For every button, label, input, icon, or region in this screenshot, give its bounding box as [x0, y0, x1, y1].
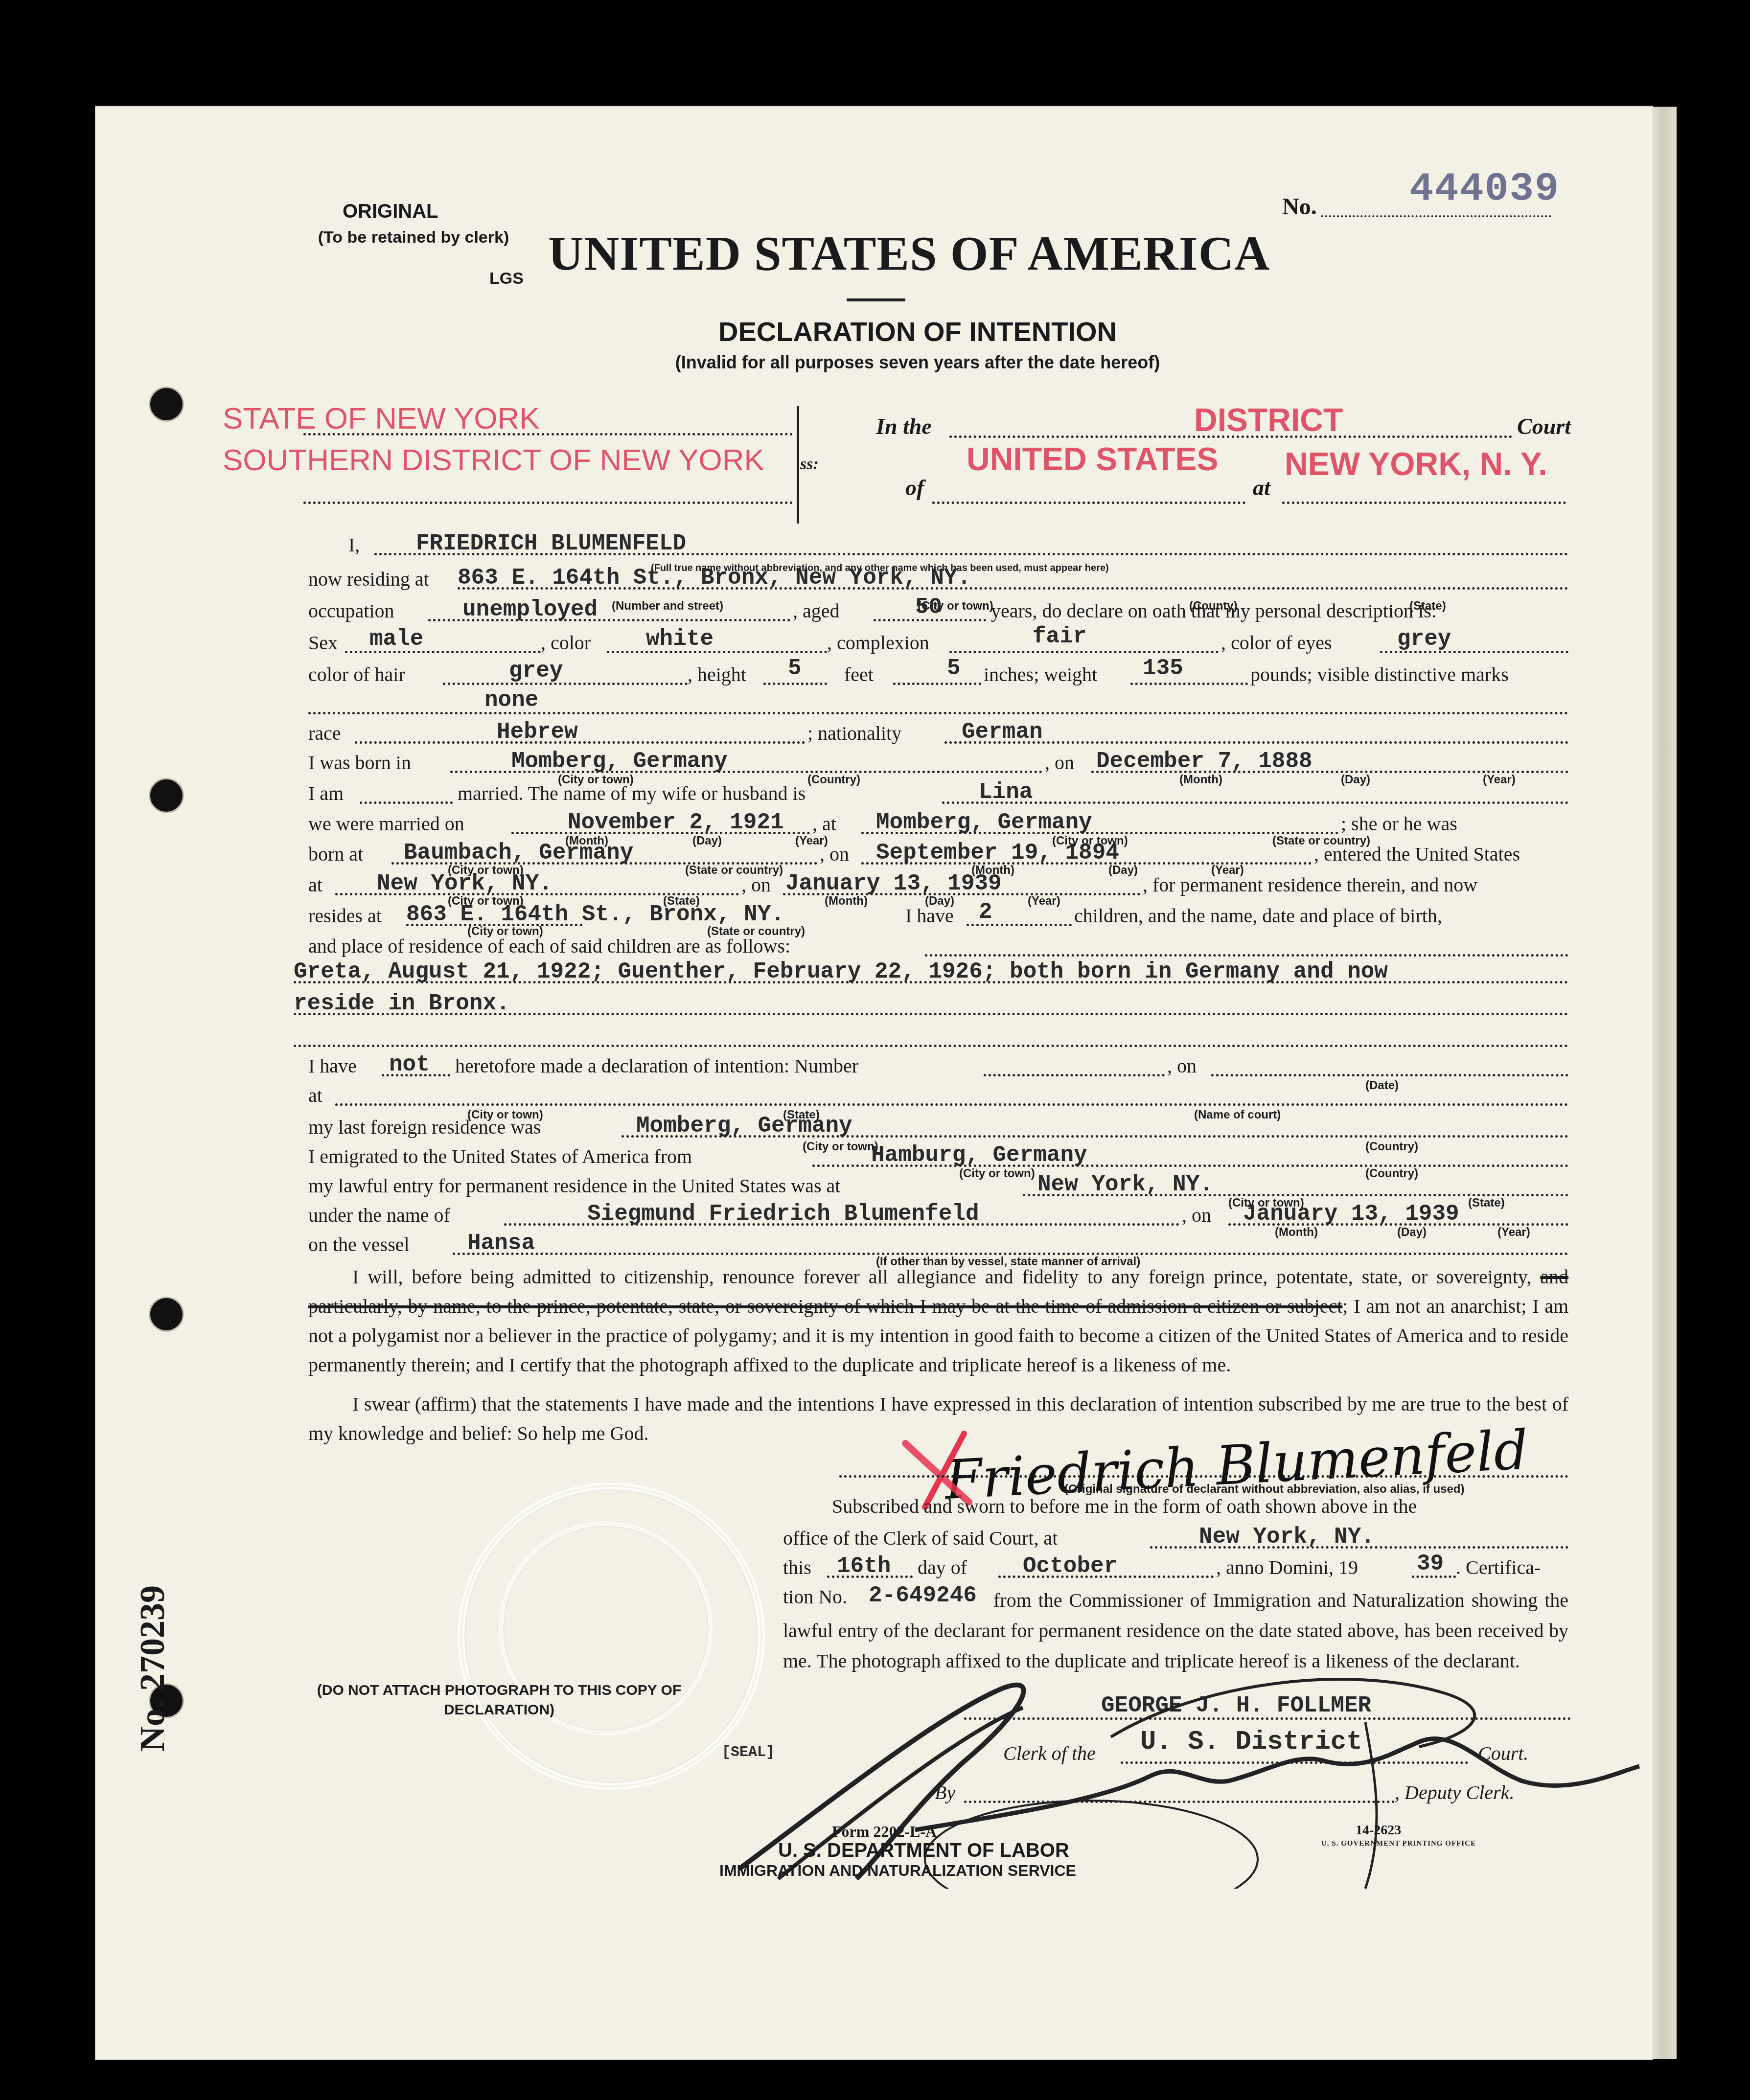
entry-on-label: , on — [1182, 1204, 1211, 1227]
district-stamp: SOUTHERN DISTRICT OF NEW YORK — [223, 443, 764, 478]
entered-label: , entered the United States — [1314, 843, 1520, 866]
jurat-line-1: Subscribed and sworn to before me in the… — [832, 1495, 1417, 1518]
retain-note: (To be retained by clerk) — [313, 228, 514, 247]
caption-prior-date: (Date) — [1365, 1079, 1399, 1093]
feet-label: feet — [844, 663, 874, 686]
occupation-value: unemployed — [462, 597, 598, 622]
punch-hole-2 — [149, 778, 184, 813]
inches-line — [893, 683, 981, 685]
ss-bracket — [797, 406, 799, 524]
entry-name-value: Siegmund Friedrich Blumenfeld — [587, 1201, 979, 1227]
at-stamp: NEW YORK, N. Y. — [1285, 445, 1547, 482]
ss-label: ss: — [800, 455, 819, 474]
number-line — [1321, 215, 1551, 217]
punch-hole-3 — [149, 1297, 184, 1332]
signature-caption: (Original signature of declarant without… — [1064, 1483, 1464, 1496]
born-label: I was born in — [308, 751, 411, 774]
caption-entry-month: (Month) — [825, 894, 868, 908]
complexion-line — [949, 651, 1219, 653]
at-label: at — [1253, 475, 1270, 501]
resides-label: resides at — [308, 904, 382, 927]
last-residence-value: Momberg, Germany — [636, 1113, 852, 1139]
state-stamp: STATE OF NEW YORK — [223, 401, 540, 436]
month-value: October — [1023, 1553, 1117, 1579]
print-code: 14-2623 — [1356, 1823, 1401, 1838]
caption-under-state: (State) — [1468, 1196, 1505, 1210]
spouse-entry-date: January 13, 1939 — [785, 871, 1002, 896]
office-place-value: New York, NY. — [1199, 1524, 1375, 1550]
spouse-name: Lina — [979, 779, 1033, 805]
caption-spouse-day: (Day) — [1108, 864, 1138, 877]
prior-have-label: I have — [308, 1054, 357, 1077]
caption-number-street: (Number and street) — [612, 599, 723, 613]
title-rule — [847, 298, 905, 301]
validity-note: (Invalid for all purposes seven years af… — [587, 352, 1248, 373]
day-value: 16th — [837, 1553, 891, 1579]
spouse-birthdate: September 19, 1894 — [876, 840, 1119, 866]
photo-note: (DO NOT ATTACH PHOTOGRAPH TO THIS COPY O… — [313, 1681, 685, 1720]
prior-date-line — [1211, 1074, 1568, 1076]
aged-label: , aged — [793, 599, 840, 622]
service-name: IMMIGRATION AND NATURALIZATION SERVICE — [719, 1862, 1076, 1880]
children-details-1: Greta, August 21, 1922; Guenther, Februa… — [294, 959, 1388, 984]
caption-emigrated-city: (City or town) — [803, 1140, 878, 1154]
state-line — [303, 433, 793, 435]
serial-number: No. 270239 — [132, 1585, 173, 1752]
spouse-entry-place: New York, NY. — [377, 871, 553, 896]
complexion-label: , complexion — [827, 631, 929, 654]
feet-line — [763, 683, 827, 685]
spouse-born-label: born at — [308, 843, 363, 866]
children-count: 2 — [979, 899, 992, 925]
prior-at-label: at — [308, 1084, 322, 1107]
under-name-label: under the name of — [308, 1204, 450, 1227]
caption-prior-court: (Name of court) — [1194, 1108, 1281, 1122]
punch-hole-1 — [149, 387, 184, 422]
emigrated-label: I emigrated to the United States of Amer… — [308, 1145, 692, 1168]
i-label: I, — [348, 533, 360, 556]
lawful-entry-label: my lawful entry for permanent residence … — [308, 1174, 840, 1197]
anno-label: , anno Domini, 19 — [1216, 1556, 1358, 1579]
children-label: children, and the name, date and place o… — [1074, 904, 1442, 927]
prior-at-line — [335, 1103, 1568, 1106]
court-stamp: DISTRICT — [1194, 401, 1343, 438]
occupation-label: occupation — [308, 599, 394, 622]
prior-not-value: not — [389, 1052, 430, 1077]
entry-on-label: , on — [741, 873, 771, 896]
inches-label: inches; weight — [984, 663, 1097, 686]
day-of-label: day of — [918, 1556, 967, 1579]
sex-label: Sex — [308, 631, 338, 654]
of-line — [932, 502, 1245, 504]
serial-prefix: No. — [133, 1700, 172, 1752]
document-title: UNITED STATES OF AMERICA — [548, 225, 1270, 281]
nationality-label: ; nationality — [807, 722, 901, 745]
vessel-label: on the vessel — [308, 1233, 410, 1256]
married-label: married. The name of my wife or husband … — [458, 782, 806, 805]
prior-on-label: , on — [1167, 1054, 1197, 1077]
caption-emigrated-country: (Country) — [1365, 1140, 1418, 1154]
at-line — [1282, 502, 1566, 504]
entry-date-value: January 13, 1939 — [1243, 1201, 1459, 1227]
marriage-place: Momberg, Germany — [876, 810, 1092, 835]
signature-line — [839, 1475, 1568, 1478]
am-label: I am — [308, 782, 344, 805]
birthplace-value: Momberg, Germany — [511, 749, 728, 774]
form-subtitle: DECLARATION OF INTENTION — [636, 316, 1199, 347]
eyes-value: grey — [1397, 626, 1451, 652]
clerk-initials: LGS — [489, 269, 524, 288]
height-inches: 5 — [947, 656, 961, 681]
caption-entry-date-year: (Year) — [1497, 1226, 1530, 1239]
sex-value: male — [369, 626, 423, 652]
of-stamp: UNITED STATES — [967, 440, 1219, 478]
number-label: No. — [1282, 193, 1317, 220]
age-value: 50 — [915, 594, 942, 620]
declarant-name: FRIEDRICH BLUMENFELD — [416, 531, 686, 556]
born-on-label: , on — [1045, 751, 1074, 774]
caption-entry-date-day: (Day) — [1397, 1226, 1427, 1239]
married-status-line — [360, 801, 453, 804]
this-label: this — [783, 1556, 811, 1579]
spouse-born-on-label: , on — [820, 843, 849, 866]
eyes-label: , color of eyes — [1221, 631, 1332, 654]
caption-entry-date-month: (Month) — [1275, 1226, 1318, 1239]
hair-label: color of hair — [308, 663, 405, 686]
office-label: office of the Clerk of said Court, at — [783, 1527, 1058, 1550]
form-number: Form 2202-L-A — [832, 1823, 937, 1841]
have-label: I have — [905, 904, 954, 927]
race-label: race — [308, 722, 341, 745]
oath-paragraph-1: I will, before being admitted to citizen… — [308, 1262, 1568, 1380]
emigrated-from-value: Hamburg, Germany — [871, 1142, 1087, 1168]
original-label: ORIGINAL — [343, 201, 438, 223]
race-value: Hebrew — [497, 719, 578, 745]
serial-value: 270239 — [133, 1585, 172, 1691]
caption-birth-country: (Country) — [807, 773, 860, 787]
certifica-label: . Certifica- — [1456, 1556, 1541, 1579]
entry-at-label: at — [308, 873, 322, 896]
in-the-label: In the — [876, 413, 932, 439]
vessel-value: Hansa — [467, 1231, 535, 1256]
weight-value: 135 — [1143, 656, 1183, 681]
caption-entry-place-city: (City or town) — [959, 1167, 1035, 1181]
caption-birth-day: (Day) — [1341, 773, 1370, 787]
weight-line — [1130, 683, 1248, 685]
marriage-date: November 2, 1921 — [568, 810, 784, 835]
caption-birth-year: (Year) — [1483, 773, 1516, 787]
color-label: , color — [541, 631, 591, 654]
height-feet: 5 — [788, 656, 802, 681]
caption-marriage-day: (Day) — [692, 834, 722, 848]
caption-entry-year: (Year) — [1028, 894, 1060, 908]
printer-imprint: U. S. GOVERNMENT PRINTING OFFICE — [1321, 1840, 1476, 1848]
married-on-label: we were married on — [308, 812, 464, 835]
spouse-birthplace: Baumbach, Germany — [404, 840, 633, 866]
she-or-he-label: ; she or he was — [1341, 812, 1457, 835]
prior-number-line — [984, 1074, 1165, 1076]
children-details-2: reside in Bronx. — [294, 991, 510, 1016]
children-line-3 — [294, 1045, 1568, 1047]
years-label: years, do declare on oath that my person… — [991, 599, 1437, 622]
last-residence-label: my last foreign residence was — [308, 1116, 541, 1139]
of-label: of — [905, 475, 924, 501]
entry-place-value: New York, NY. — [1037, 1172, 1213, 1197]
spouse-residence: 863 E. 164th St., Bronx, NY. — [406, 902, 784, 927]
oath-renounce-text: I will, before being admitted to citizen… — [352, 1266, 1531, 1288]
nationality-value: German — [962, 719, 1043, 745]
birthdate-value: December 7, 1888 — [1096, 749, 1312, 774]
declaration-number: 444039 — [1409, 166, 1560, 212]
department-name: U. S. DEPARTMENT OF LABOR — [778, 1840, 1069, 1862]
color-line — [607, 651, 827, 653]
heretofore-label: heretofore made a declaration of intenti… — [455, 1054, 858, 1077]
court-label: Court — [1517, 413, 1571, 439]
address-value: 863 E. 164th St., Bronx, New York, NY. — [458, 565, 971, 591]
married-at-label: , at — [812, 812, 836, 835]
complexion-value: fair — [1033, 624, 1086, 649]
hair-value: grey — [509, 658, 563, 684]
district-line — [303, 502, 793, 504]
race-line — [355, 741, 805, 744]
pounds-label: pounds; visible distinctive marks — [1250, 663, 1509, 686]
spouse-line — [942, 801, 1568, 804]
height-label: , height — [688, 663, 746, 686]
hair-line — [443, 683, 688, 685]
color-value: white — [646, 626, 714, 652]
caption-birth-month: (Month) — [1179, 773, 1222, 787]
children-intro-line — [925, 954, 1568, 957]
permanent-label: , for permanent residence therein, and n… — [1143, 873, 1477, 896]
caption-entry-place-state: (Country) — [1365, 1167, 1418, 1181]
year-value: 39 — [1417, 1551, 1444, 1576]
marks-value: none — [484, 687, 538, 713]
residing-label: now residing at — [308, 568, 429, 591]
children-intro: and place of residence of each of said c… — [308, 935, 790, 958]
